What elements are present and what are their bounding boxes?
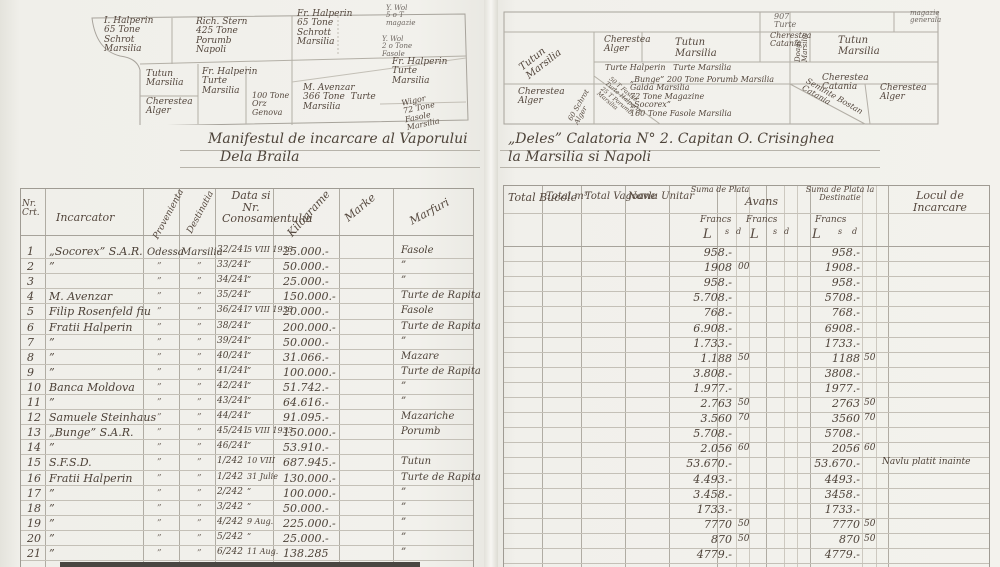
row-origin: ” bbox=[157, 474, 162, 484]
row-nr: 8 bbox=[27, 351, 34, 364]
row-bill-nr: 38/241 bbox=[217, 321, 249, 331]
row-kg: 100.000.- bbox=[283, 366, 336, 379]
row-origin: ” bbox=[157, 549, 162, 559]
row-bill-date: 11 Aug. bbox=[247, 547, 278, 556]
row-bill-date: ” bbox=[247, 502, 251, 511]
row-suma-destinatie: 5708.- bbox=[814, 427, 860, 440]
row-destination: ” bbox=[197, 383, 202, 393]
row-nr: 11 bbox=[27, 396, 41, 409]
row-suma-plata: 1908 bbox=[682, 261, 732, 274]
row-suma-destinatie: 2763 bbox=[814, 397, 860, 410]
row-kg: 53.910.- bbox=[283, 441, 329, 454]
row-suma-plata: 3.560 bbox=[682, 412, 732, 425]
row-origin: ” bbox=[157, 277, 162, 287]
row-suma-plata: 4779.- bbox=[682, 548, 732, 561]
right-ledger-table: 958.- 958.- 1908 00 1908.- 958.- 958.- 5… bbox=[503, 185, 990, 567]
row-bill-nr: 39/241 bbox=[217, 336, 249, 346]
money-unit-label: d bbox=[784, 228, 789, 236]
row-origin: ” bbox=[157, 338, 162, 348]
row-shipper: ” bbox=[49, 260, 55, 273]
row-shipper: Fratii Halperin bbox=[49, 472, 132, 485]
money-unit-label: d bbox=[736, 228, 741, 236]
row-nr: 14 bbox=[27, 441, 41, 454]
row-shipper: ” bbox=[49, 487, 55, 500]
row-suma-destinatie: 6908.- bbox=[814, 322, 860, 335]
row-suma-plata: 768.- bbox=[682, 306, 732, 319]
row-suma-plata: 1733.- bbox=[682, 503, 732, 516]
row-nr: 10 bbox=[27, 381, 41, 394]
manifest-title-left: Manifestul de incarcare al Vaporului bbox=[208, 132, 468, 147]
header-avans: Avans bbox=[745, 196, 778, 208]
row-bill-date: ” bbox=[247, 336, 251, 345]
row-destination: ” bbox=[197, 368, 202, 378]
row-nr: 17 bbox=[27, 487, 41, 500]
row-suma-destinatie: 958.- bbox=[814, 246, 860, 259]
row-suma-destinatie: 3458.- bbox=[814, 488, 860, 501]
row-shipper: ” bbox=[49, 396, 55, 409]
row-suma-plata: 6.908.- bbox=[682, 322, 732, 335]
row-suma-destinatie: 53.670.- bbox=[814, 457, 860, 470]
manifest-destination: la Marsilia si Napoli bbox=[508, 150, 651, 165]
row-shipper: S.F.S.D. bbox=[49, 456, 92, 469]
row-suma-destinatie: 1733.- bbox=[814, 503, 860, 516]
stow-cell: Tutun Marsilia bbox=[146, 70, 184, 89]
row-bill-nr: 44/241 bbox=[217, 411, 249, 421]
row-bill-nr: 1/242 bbox=[217, 456, 243, 466]
row-kg: 31.066.- bbox=[283, 351, 329, 364]
row-suma-destinatie: 7770 bbox=[814, 518, 860, 531]
row-suma-plata: 3.458.- bbox=[682, 488, 732, 501]
row-nr: 20 bbox=[27, 532, 41, 545]
stow-cell: Tutun Marsilia bbox=[838, 36, 880, 57]
row-bill-date: ” bbox=[247, 441, 251, 450]
row-destination: ” bbox=[197, 534, 202, 544]
row-kg: 150.000.- bbox=[283, 290, 336, 303]
row-bill-nr: 5/242 bbox=[217, 532, 243, 542]
header-nr: Nr. Crt. bbox=[22, 200, 40, 219]
row-nr: 3 bbox=[27, 275, 34, 288]
row-suma-plata: 958.- bbox=[682, 246, 732, 259]
row-suma-plata: 2.056 bbox=[682, 442, 732, 455]
row-kg: 50.000.- bbox=[283, 336, 329, 349]
row-suma-destinatie: 870 bbox=[814, 533, 860, 546]
row-origin: ” bbox=[157, 262, 162, 272]
row-goods: ” bbox=[401, 502, 406, 513]
row-suma-destinatie: 768.- bbox=[814, 306, 860, 319]
money-unit-label: s bbox=[838, 228, 842, 236]
row-shipper: ” bbox=[49, 351, 55, 364]
row-bill-date: ” bbox=[247, 411, 251, 420]
row-origin: ” bbox=[157, 534, 162, 544]
title-rule bbox=[500, 167, 880, 168]
row-kg: 200.000.- bbox=[283, 321, 336, 334]
row-kg: 64.616.- bbox=[283, 396, 329, 409]
row-destination: ” bbox=[197, 398, 202, 408]
row-origin: ” bbox=[157, 368, 162, 378]
row-kg: 50.000.- bbox=[283, 260, 329, 273]
row-shipper: „Bunge” S.A.R. bbox=[49, 426, 133, 439]
stow-cell: 907 Turte bbox=[774, 13, 796, 30]
stow-cell: Doage Marsilia bbox=[795, 33, 810, 62]
row-kg: 130.000.- bbox=[283, 472, 336, 485]
row-shipper: M. Avenzar bbox=[49, 290, 112, 303]
row-shipper: ” bbox=[49, 336, 55, 349]
row-destination: ” bbox=[197, 428, 202, 438]
header-avans-francs: Francs bbox=[746, 216, 777, 225]
row-suma-plata-cents: 50 bbox=[738, 519, 749, 529]
row-nr: 16 bbox=[27, 472, 41, 485]
row-bill-nr: 35/241 bbox=[217, 290, 249, 300]
row-suma-plata-cents: 50 bbox=[738, 398, 749, 408]
row-origin: ” bbox=[157, 504, 162, 514]
row-nr: 18 bbox=[27, 502, 41, 515]
row-suma-destinatie: 3560 bbox=[814, 412, 860, 425]
header-shipper: Incarcator bbox=[56, 212, 114, 224]
row-suma-destinatie: 4779.- bbox=[814, 548, 860, 561]
row-goods: Tutun bbox=[401, 456, 431, 467]
row-bill-date: ” bbox=[247, 290, 251, 299]
row-shipper: Banca Moldova bbox=[49, 381, 135, 394]
row-goods: Turte de Rapita bbox=[401, 366, 481, 377]
row-nr: 1 bbox=[27, 245, 34, 258]
stow-cell: Y. Wol 2 o Tone Fasole bbox=[382, 36, 412, 58]
stow-cell: „Bunge” 200 Tone Porumb Marsilia Galda M… bbox=[630, 76, 774, 118]
header-total-m3: Total m³ bbox=[546, 192, 588, 203]
row-suma-plata: 1.977.- bbox=[682, 382, 732, 395]
row-suma-destinatie-cents: 50 bbox=[864, 398, 875, 408]
stow-cell: Y. Wol 5 o T magazie bbox=[386, 5, 416, 27]
stow-cell: Cherestea Alger bbox=[518, 88, 565, 107]
manifest-title-right: „Deles” Calatoria N° 2. Capitan O. Crisi… bbox=[508, 132, 834, 147]
row-goods: Fasole bbox=[401, 305, 434, 316]
row-goods: Turte de Rapita bbox=[401, 321, 481, 332]
page-edge-shadow bbox=[60, 562, 420, 567]
row-shipper: ” bbox=[49, 532, 55, 545]
row-nr: 19 bbox=[27, 517, 41, 530]
row-suma-destinatie: 958.- bbox=[814, 276, 860, 289]
row-kg: 51.742.- bbox=[283, 381, 329, 394]
row-kg: 138.285 bbox=[283, 547, 329, 560]
row-suma-destinatie: 1977.- bbox=[814, 382, 860, 395]
row-origin: ” bbox=[157, 398, 162, 408]
row-bill-nr: 43/241 bbox=[217, 396, 249, 406]
header-navlu: Navlu Unitar bbox=[628, 192, 694, 203]
row-bill-date: 10 VIII bbox=[247, 456, 275, 465]
row-suma-plata-cents: 70 bbox=[738, 413, 749, 423]
row-origin: ” bbox=[157, 519, 162, 529]
row-shipper: ” bbox=[49, 547, 55, 560]
row-goods: ” bbox=[401, 532, 406, 543]
stow-cell: Wigor 72 Tone Fasole Marsilia bbox=[401, 93, 441, 133]
row-bill-nr: 46/241 bbox=[217, 441, 249, 451]
row-goods: Porumb bbox=[401, 426, 440, 437]
stow-cell: Cherestea Alger bbox=[880, 84, 927, 103]
row-bill-nr: 33/241 bbox=[217, 260, 249, 270]
row-goods: ” bbox=[401, 396, 406, 407]
row-goods: ” bbox=[401, 517, 406, 528]
row-suma-plata-cents: 50 bbox=[738, 534, 749, 544]
row-origin: ” bbox=[157, 489, 162, 499]
stow-cell: I. Halperin 65 Tone Schrot Marsilia bbox=[104, 17, 153, 55]
row-destination: ” bbox=[197, 474, 202, 484]
row-origin: ” bbox=[157, 413, 162, 423]
row-destination: ” bbox=[197, 413, 202, 423]
row-bill-date: ” bbox=[247, 260, 251, 269]
row-destination: ” bbox=[197, 443, 202, 453]
row-bill-date: ” bbox=[247, 532, 251, 541]
row-bill-nr: 1/242 bbox=[217, 472, 243, 482]
money-unit-label: L bbox=[812, 228, 821, 242]
row-bill-date: ” bbox=[247, 381, 251, 390]
row-bill-nr: 34/241 bbox=[217, 275, 249, 285]
header-suma-navlu-francs: Francs bbox=[700, 216, 731, 225]
row-bill-nr: 36/241 bbox=[217, 305, 249, 315]
row-suma-destinatie: 1188 bbox=[814, 352, 860, 365]
row-suma-plata: 4.493.- bbox=[682, 473, 732, 486]
row-kg: 91.095.- bbox=[283, 411, 329, 424]
row-origin: Odessa bbox=[147, 247, 184, 258]
row-nr: 7 bbox=[27, 336, 34, 349]
header-observatii: Locul de Incarcare bbox=[900, 190, 980, 213]
row-bill-date: 31 Julie bbox=[247, 472, 278, 481]
row-kg: 100.000.- bbox=[283, 487, 336, 500]
row-destination: ” bbox=[197, 458, 202, 468]
stow-cell: Fr. Halperin Turte Marsilia bbox=[392, 58, 447, 86]
row-destination: ” bbox=[197, 353, 202, 363]
row-suma-destinatie: 3808.- bbox=[814, 367, 860, 380]
row-shipper: ” bbox=[49, 441, 55, 454]
row-goods: ” bbox=[401, 381, 406, 392]
row-suma-plata-cents: 00 bbox=[738, 262, 749, 272]
row-kg: 50.000.- bbox=[283, 502, 329, 515]
row-goods: ” bbox=[401, 336, 406, 347]
row-bill-date: ” bbox=[247, 275, 251, 284]
row-suma-plata: 5.708.- bbox=[682, 291, 732, 304]
row-nr: 12 bbox=[27, 411, 41, 424]
row-bill-date: ” bbox=[247, 321, 251, 330]
row-bill-nr: 4/242 bbox=[217, 517, 243, 527]
row-nr: 13 bbox=[27, 426, 41, 439]
row-suma-plata-cents: 50 bbox=[738, 353, 749, 363]
row-destination: ” bbox=[197, 549, 202, 559]
row-goods: ” bbox=[401, 260, 406, 271]
stow-cell: Fr. Halperin 65 Tone Schrott Marsilia bbox=[297, 10, 352, 48]
row-suma-destinatie-cents: 70 bbox=[864, 413, 875, 423]
header-suma-dest-francs: Francs bbox=[815, 216, 846, 225]
row-kg: 687.945.- bbox=[283, 456, 336, 469]
row-bill-nr: 3/242 bbox=[217, 502, 243, 512]
stow-cell: M. Avenzar 366 Tone Turte Marsilia bbox=[303, 84, 376, 112]
row-origin: ” bbox=[157, 307, 162, 317]
manifest-origin: Dela Braila bbox=[220, 150, 299, 165]
stow-cell: Cherestea Catania bbox=[822, 74, 869, 93]
row-kg: 25.000.- bbox=[283, 245, 329, 258]
row-suma-plata: 5.708.- bbox=[682, 427, 732, 440]
row-destination: ” bbox=[197, 489, 202, 499]
header-bill-date: Data si Nr. Conosamentului bbox=[222, 190, 280, 225]
row-kg: 25.000.- bbox=[283, 532, 329, 545]
row-destination: ” bbox=[197, 338, 202, 348]
row-destination: ” bbox=[197, 307, 202, 317]
row-suma-plata: 3.808.- bbox=[682, 367, 732, 380]
title-rule bbox=[180, 167, 480, 168]
row-destination: ” bbox=[197, 292, 202, 302]
row-goods: Mazare bbox=[401, 351, 439, 362]
row-suma-destinatie-cents: 60 bbox=[864, 443, 875, 453]
row-suma-destinatie: 5708.- bbox=[814, 291, 860, 304]
row-shipper: ” bbox=[49, 517, 55, 530]
row-suma-plata: 7770 bbox=[682, 518, 732, 531]
row-destination: ” bbox=[197, 519, 202, 529]
row-suma-plata: 53.670.- bbox=[682, 457, 732, 470]
row-nr: 5 bbox=[27, 305, 34, 318]
row-origin: ” bbox=[157, 353, 162, 363]
money-unit-label: L bbox=[750, 228, 759, 242]
left-ledger-table: 1 „Socorex” S.A.R. Odessa Marsilia 32/24… bbox=[20, 188, 474, 567]
row-origin: ” bbox=[157, 443, 162, 453]
stow-cell: Cherestea Alger bbox=[146, 98, 193, 117]
row-kg: 225.000.- bbox=[283, 517, 336, 530]
row-goods: Mazariche bbox=[401, 411, 454, 422]
row-suma-destinatie-cents: 50 bbox=[864, 353, 875, 363]
row-suma-destinatie: 4493.- bbox=[814, 473, 860, 486]
row-bill-nr: 41/241 bbox=[217, 366, 249, 376]
row-bill-nr: 32/241 bbox=[217, 245, 249, 255]
row-nr: 15 bbox=[27, 456, 41, 469]
money-unit-label: s bbox=[725, 228, 729, 236]
row-bill-date: ” bbox=[247, 366, 251, 375]
row-kg: 20.000.- bbox=[283, 305, 329, 318]
row-destination: ” bbox=[197, 262, 202, 272]
row-suma-plata-cents: 60 bbox=[738, 443, 749, 453]
row-origin: ” bbox=[157, 458, 162, 468]
money-unit-label: d bbox=[852, 228, 857, 236]
row-destination: ” bbox=[197, 504, 202, 514]
row-goods: ” bbox=[401, 547, 406, 558]
stow-cell: Tutun Marsilia bbox=[675, 38, 717, 59]
row-origin: ” bbox=[157, 292, 162, 302]
row-shipper: Filip Rosenfeld fiu bbox=[49, 305, 151, 318]
stow-cell: Turte Halperin Turte Marsilia bbox=[605, 64, 731, 72]
row-bill-date: 9 Aug. bbox=[247, 517, 273, 526]
row-bill-date: ” bbox=[247, 396, 251, 405]
row-bill-nr: 42/241 bbox=[217, 381, 249, 391]
money-unit-label: L bbox=[703, 228, 712, 242]
header-suma-navlu: Suma de Plata bbox=[690, 186, 750, 194]
row-shipper: Samuele Steinhaus bbox=[49, 411, 156, 424]
stow-cell: Rich. Stern 425 Tone Porumb Napoli bbox=[196, 18, 247, 56]
row-shipper: ” bbox=[49, 366, 55, 379]
row-kg: 150.000.- bbox=[283, 426, 336, 439]
money-unit-label: s bbox=[773, 228, 777, 236]
row-nr: 21 bbox=[27, 547, 41, 560]
row-bill-date: ” bbox=[247, 487, 251, 496]
row-nr: 2 bbox=[27, 260, 34, 273]
row-suma-destinatie-cents: 50 bbox=[864, 519, 875, 529]
row-kg: 25.000.- bbox=[283, 275, 329, 288]
row-nr: 9 bbox=[27, 366, 34, 379]
stow-cell: 100 Tone Orz Genova bbox=[252, 92, 289, 117]
row-origin: ” bbox=[157, 323, 162, 333]
row-bill-date: ” bbox=[247, 351, 251, 360]
row-bill-nr: 45/241 bbox=[217, 426, 249, 436]
row-suma-plata: 958.- bbox=[682, 276, 732, 289]
row-note: Navlu platit inainte bbox=[882, 457, 971, 467]
row-goods: ” bbox=[401, 275, 406, 286]
row-bill-nr: 6/242 bbox=[217, 547, 243, 557]
row-goods: Turte de Rapita bbox=[401, 472, 481, 483]
row-shipper: „Socorex” S.A.R. bbox=[49, 245, 143, 258]
row-suma-plata: 2.763 bbox=[682, 397, 732, 410]
row-shipper: Fratii Halperin bbox=[49, 321, 132, 334]
row-nr: 4 bbox=[27, 290, 34, 303]
row-suma-destinatie: 1908.- bbox=[814, 261, 860, 274]
row-suma-plata: 1.188 bbox=[682, 352, 732, 365]
row-goods: ” bbox=[401, 487, 406, 498]
row-goods: Turte de Rapita bbox=[401, 290, 481, 301]
row-bill-nr: 2/242 bbox=[217, 487, 243, 497]
row-suma-destinatie: 2056 bbox=[814, 442, 860, 455]
row-goods: Fasole bbox=[401, 245, 434, 256]
row-origin: ” bbox=[157, 383, 162, 393]
row-suma-plata: 870 bbox=[682, 533, 732, 546]
stow-cell: Cherestea Alger bbox=[604, 36, 651, 55]
row-origin: ” bbox=[157, 428, 162, 438]
row-suma-destinatie-cents: 50 bbox=[864, 534, 875, 544]
row-shipper: ” bbox=[49, 502, 55, 515]
row-bill-nr: 40/241 bbox=[217, 351, 249, 361]
header-suma-dest: Suma de Plata la Destinatie bbox=[800, 186, 880, 203]
stow-cell: magazie generala bbox=[910, 10, 941, 25]
row-suma-plata: 1.733.- bbox=[682, 337, 732, 350]
row-destination: ” bbox=[197, 277, 202, 287]
stow-cell: Fr. Halperin Turte Marsilia bbox=[202, 68, 257, 96]
row-destination: ” bbox=[197, 323, 202, 333]
row-suma-destinatie: 1733.- bbox=[814, 337, 860, 350]
row-nr: 6 bbox=[27, 321, 34, 334]
